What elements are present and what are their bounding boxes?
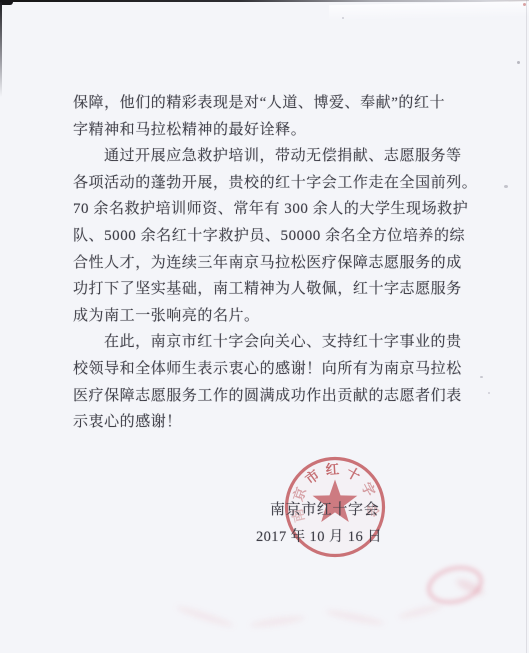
body-line: 校领导和全体师生表示衷心的感谢！向所有为南京马拉松 (73, 356, 473, 383)
scan-speck (504, 185, 508, 188)
seal-ring-char: 红 (325, 461, 340, 478)
body-line: 通过开展应急救护培训，带动无偿捐献、志愿服务等 (73, 143, 473, 170)
body-line: 70 余名救护培训师资、常年有 300 余人的大学生现场救护 (73, 196, 473, 223)
signature-date: 2017 年 10 月 16 日 (256, 525, 386, 546)
pink-bleed-streak (398, 602, 443, 620)
body-line: 医疗保障志愿服务工作的圆满成功作出贡献的志愿者们表 (73, 383, 473, 410)
letter-body: 保障，他们的精彩表现是对“人道、博爱、奉献”的红十字精神和马拉松精神的最好诠释。… (73, 90, 473, 436)
pink-bleed-streak (175, 604, 234, 629)
scanned-letter-page: { "document": { "kind": "scanned-letter"… (0, 0, 529, 653)
body-line: 在此，南京市红十字会向关心、支持红十字事业的贵 (73, 329, 473, 356)
body-line: 功打下了坚实基础，南工精神为人敬佩，红十字志愿服务 (73, 276, 473, 303)
body-line: 保障，他们的精彩表现是对“人道、博爱、奉献”的红十 (73, 90, 473, 117)
scan-speck (517, 61, 520, 64)
scan-speck (523, 3, 526, 6)
pink-bleed-streak (250, 614, 305, 629)
body-line: 字精神和马拉松精神的最好诠释。 (73, 117, 473, 144)
signature-organization: 南京市红十字会 (270, 498, 380, 519)
body-line: 成为南工一张响亮的名片。 (73, 303, 473, 330)
body-line: 示衷心的感谢！ (73, 409, 473, 436)
scan-speck (480, 376, 483, 378)
body-line: 合性人才，为连续三年南京马拉松医疗保障志愿服务的成 (73, 250, 473, 277)
scan-right-edge (526, 0, 527, 653)
scan-left-edge (0, 2, 2, 97)
scan-page-corner-highlight (329, 1, 529, 21)
scan-speck (342, 17, 344, 19)
body-line: 各项活动的蓬勃开展，贵校的红十字会工作走在全国前列。 (73, 170, 473, 197)
body-line: 队、5000 余名红十字救护员、50000 余名全方位培养的综 (73, 223, 473, 250)
pink-bleed-streak (325, 608, 385, 627)
scan-speck (488, 392, 490, 394)
